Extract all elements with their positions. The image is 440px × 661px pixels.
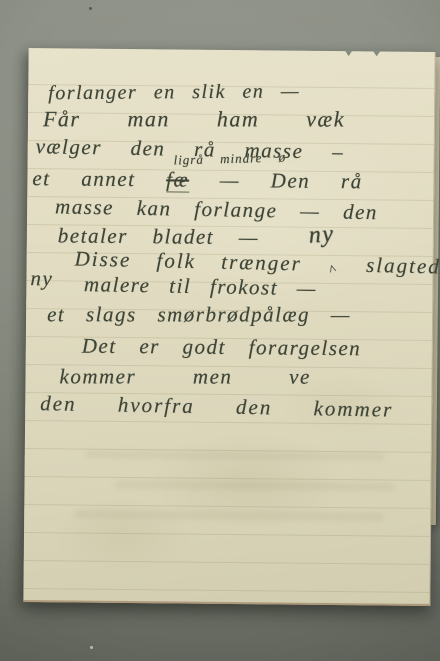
- margin-word-ny: ny: [30, 266, 53, 290]
- handwritten-line-4: et annet fæ — Den rå: [32, 168, 362, 192]
- handwritten-line-9: et slags smørbrødpålæg —: [47, 304, 351, 325]
- interline-insertion: ligrå mindre ø: [173, 151, 286, 167]
- manuscript-photograph: forlanger en slik en — Får man ham væk v…: [0, 0, 440, 661]
- line-4-text: et annet: [32, 166, 135, 191]
- dust-speck: [89, 7, 92, 10]
- handwritten-line-1: forlanger en slik en —: [48, 81, 300, 103]
- line-8-text: malere til frokost —: [84, 272, 317, 300]
- handwritten-line-11: kommer men ve: [60, 366, 311, 387]
- inserted-word-ny: ny: [308, 222, 335, 248]
- line-7-text: slagtede: [366, 253, 440, 279]
- dust-speck: [402, 630, 404, 632]
- handwritten-line-5: masse kan forlange — den: [55, 196, 378, 223]
- dust-speck: [90, 646, 93, 649]
- struck-out-word: fæ: [166, 167, 189, 192]
- line-7-text: Disse folk trænger: [74, 247, 302, 276]
- handwritten-line-8: ny malere til frokost —: [30, 273, 317, 299]
- line-4-text: — Den rå: [220, 168, 363, 193]
- handwritten-line-10: Det er godt forargelsen: [82, 336, 362, 360]
- handwritten-line-6: betaler bladet —: [58, 225, 259, 248]
- handwritten-line-2: Får man ham væk: [43, 108, 345, 130]
- manuscript-paper: forlanger en slik en — Får man ham væk v…: [23, 48, 435, 606]
